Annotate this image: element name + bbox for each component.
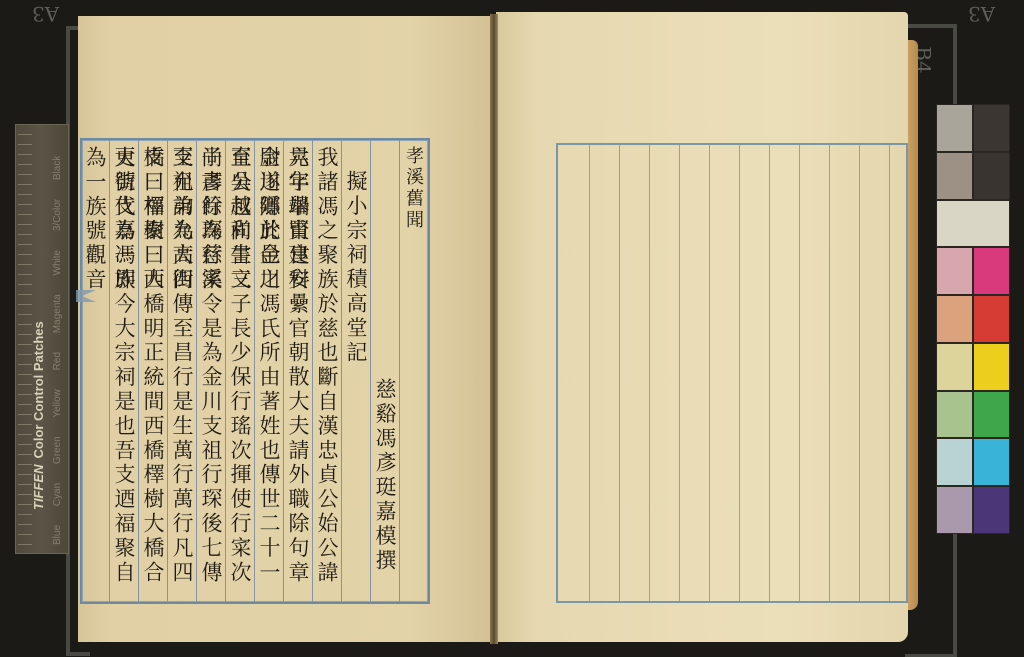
ruler-label: Black [52, 156, 63, 180]
color-patch [973, 486, 1010, 534]
right-ruled-frame [556, 143, 908, 603]
color-patch [936, 438, 973, 486]
text-column: 我諸馮之聚族於慈也斷自漢忠貞公始公諱晃字端甫建安 [312, 140, 341, 602]
color-patch [973, 152, 1010, 200]
ruled-line [709, 145, 710, 601]
color-patch [936, 486, 973, 534]
column-text: 六年舉賢良科纍官朝散大夫請外職除句章尉遂隱於邑之 [284, 146, 312, 602]
column-text: 子彥餘為慈溪令是為金川支祖行琛後七傳至允詢為大街 [197, 146, 225, 602]
ruler-color-labels: Blue Cyan Green Yellow Red Magenta White… [52, 140, 63, 545]
ruler-label: Yellow [52, 389, 63, 418]
text-column: 更號代嘉馮即今大宗祠是也吾支迺福聚自為一族號觀音 [109, 140, 138, 602]
column-text: 直公叔和生三子長少保行瑤次揮使行寀次尚書行琛行寀 [226, 146, 254, 602]
column-text: 橋曰檡樹曰大橋明正統間西橋檡樹大橋合大街支為一族 [139, 146, 167, 602]
text-column: 子彥餘為慈溪令是為金川支祖行琛後七傳至允詢為大街 [196, 140, 225, 602]
book-spine [490, 14, 498, 644]
ruled-line [799, 145, 800, 601]
text-column: 直公叔和生三子長少保行瑤次揮使行寀次尚書行琛行寀 [225, 140, 254, 602]
color-patch [973, 295, 1010, 343]
ruled-line [589, 145, 590, 601]
color-patch [936, 343, 973, 391]
color-patch [936, 247, 973, 295]
color-patch [936, 391, 973, 439]
ruler-title-text: Color Control Patches [31, 321, 46, 458]
text-column: 支祖弟允高四傳至昌行是生萬行萬行凡四支曰福聚曰西 [167, 140, 196, 602]
ruled-line [679, 145, 680, 601]
column-text: 金川鄉此金川馮氏所由著姓也傳世二十一至吳越尚書文 [255, 146, 283, 602]
ruled-line [859, 145, 860, 601]
ruled-line [829, 145, 830, 601]
ruled-line [769, 145, 770, 601]
color-patch [973, 247, 1010, 295]
ruler-title: TIFFENColor Control Patches [31, 321, 46, 510]
empty-column [82, 140, 109, 602]
book-title: 孝溪舊聞 [400, 146, 428, 232]
color-patch [936, 104, 973, 152]
ruled-line [649, 145, 650, 601]
color-patch [973, 391, 1010, 439]
ruler-label: Blue [52, 525, 63, 545]
ruler-label: White [52, 250, 63, 276]
ruled-line [889, 145, 890, 601]
color-control-patches [936, 104, 1010, 534]
ruler-ticks [18, 125, 32, 553]
text-column: 金川鄉此金川馮氏所由著姓也傳世二十一至吳越尚書文 [254, 140, 283, 602]
left-text-frame: 孝溪舊聞 擬小宗祠積高堂記 慈谿馮彥珽嘉模撰 我諸馮之聚族於慈也斷自漢忠貞公始公… [80, 138, 430, 604]
author-column: 慈谿馮彥珽嘉模撰 [370, 140, 399, 602]
ruled-line [619, 145, 620, 601]
ruler-label: Green [52, 436, 63, 464]
color-patch [936, 200, 1010, 248]
column-text: 更號代嘉馮即今大宗祠是也吾支迺福聚自為一族號觀音 [110, 146, 138, 602]
color-patch [936, 152, 973, 200]
ruler-brand: TIFFEN [31, 465, 46, 511]
ruler-label: Cyan [52, 483, 63, 506]
text-column: 六年舉賢良科纍官朝散大夫請外職除句章尉遂隱於邑之 [283, 140, 312, 602]
article-title-column-text: 擬小宗祠積高堂記 [341, 140, 370, 602]
color-patch [973, 343, 1010, 391]
marker-a3-left: A3 [32, 2, 59, 26]
ruler-label: 3/Color [52, 199, 63, 231]
column-text: 我諸馮之聚族於慈也斷自漢忠貞公始公諱晃字端甫建安 [313, 146, 341, 602]
ruled-line [739, 145, 740, 601]
ruler-label: Magenta [52, 294, 63, 333]
column-text: 支祖弟允高四傳至昌行是生萬行萬行凡四支曰福聚曰西 [168, 146, 196, 602]
color-patch [973, 438, 1010, 486]
color-patch [973, 104, 1010, 152]
marker-a3-right: A3 [968, 2, 995, 26]
article-title: 擬小宗祠積高堂記 [342, 170, 370, 365]
ruler-label: Red [52, 352, 63, 370]
author-line: 慈谿馮彥珽嘉模撰 [371, 378, 399, 573]
text-column: 橋曰檡樹曰大橋明正統間西橋檡樹大橋合大街支為一族 [138, 140, 167, 602]
book-title-column: 孝溪舊聞 [399, 140, 428, 602]
color-patch [936, 295, 973, 343]
